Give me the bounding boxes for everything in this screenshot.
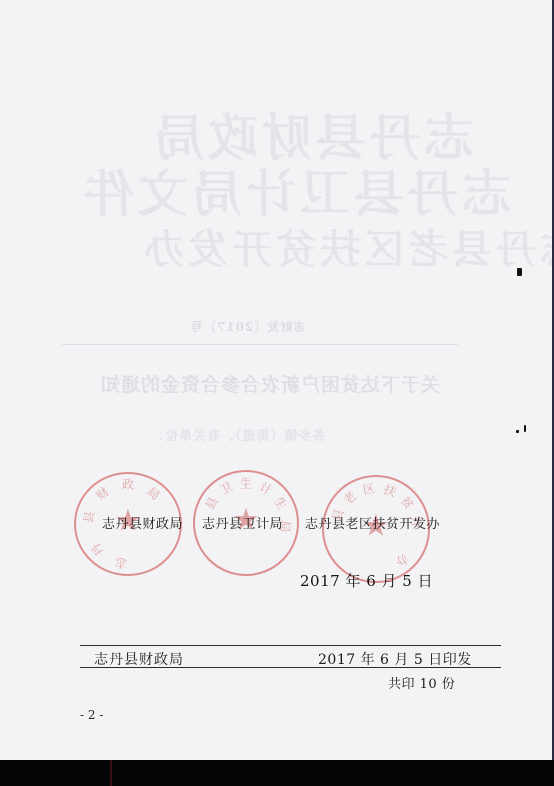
scan-artifact-line <box>110 760 112 786</box>
page-number: - 2 - <box>80 708 103 722</box>
footer-issue-date: 2017 年 6 月 5 日印发 <box>318 649 472 669</box>
signatory-finance: 志丹县财政局 <box>102 513 183 532</box>
show-through-header-2: 志丹县卫计局文件 <box>80 154 512 226</box>
show-through-rule <box>62 344 458 345</box>
footer-copies: 共印 10 份 <box>388 673 455 692</box>
show-through-doc-number: 志财发〔2017〕号 <box>190 318 305 335</box>
footer-top-rule <box>80 645 501 646</box>
show-through-first-line: 各乡镇（街道）、有关单位： <box>150 425 326 444</box>
footer-bottom-rule <box>80 667 501 668</box>
show-through-header-3: 志丹县老区扶贫开发办 <box>140 218 554 275</box>
footer-issuer: 志丹县财政局 <box>94 649 184 669</box>
signatory-health: 志丹县卫计局 <box>202 513 283 532</box>
sign-date: 2017 年 6 月 5 日 <box>300 570 433 591</box>
show-through-title: 关于下达贫困户新农合参合资金的通知 <box>100 370 440 397</box>
signatory-poverty-office: 志丹县老区扶贫开发办 <box>305 513 440 532</box>
document-page: 志丹县财政局 志丹县卫计局文件 志丹县老区扶贫开发办 志财发〔2017〕号 关于… <box>0 0 554 760</box>
